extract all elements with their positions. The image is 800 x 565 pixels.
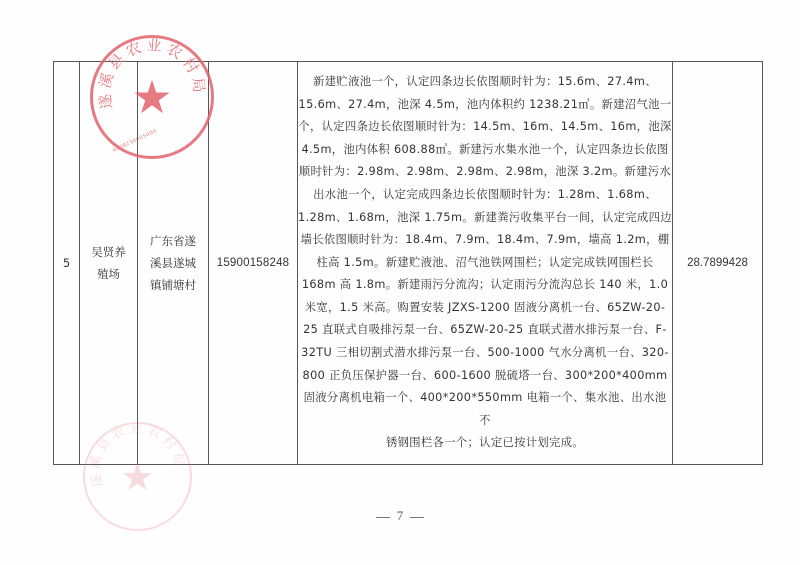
farm-name-line-2: 殖场 bbox=[97, 267, 120, 281]
construction-description: 新建贮液池一个，认定四条边长依图顺时针为：15.6m、27.4m、15.6m、2… bbox=[298, 71, 672, 455]
amount-cell: 28.7899428 bbox=[673, 62, 763, 465]
official-seal-stamp: 遂溪县农业农村局 ★ 4408230005000 bbox=[90, 35, 214, 159]
page-number-value: 7 bbox=[397, 508, 404, 523]
dash-left bbox=[376, 517, 390, 518]
row-index-cell: 5 bbox=[54, 62, 80, 465]
phone-cell: 15900158248 bbox=[209, 62, 298, 465]
star-icon: ★ bbox=[120, 458, 154, 496]
document-page: 5 吴贤养 殖场 广东省遂 溪县遂城 镇铺塘村 15900158248 新建贮液… bbox=[0, 0, 800, 565]
subsidy-amount: 28.7899428 bbox=[687, 257, 748, 269]
row-index: 5 bbox=[63, 256, 70, 270]
address-line-3: 镇铺塘村 bbox=[150, 278, 196, 292]
description-body: 新建贮液池一个，认定四条边长依图顺时针为：15.6m、27.4m、15.6m、2… bbox=[298, 75, 672, 427]
star-icon: ★ bbox=[131, 74, 172, 120]
dash-right bbox=[410, 517, 424, 518]
page-number: 7 bbox=[0, 508, 800, 524]
farm-name-line-1: 吴贤养 bbox=[91, 245, 126, 259]
phone-number: 15900158248 bbox=[217, 257, 290, 269]
address-line-1: 广东省遂 bbox=[150, 234, 196, 248]
description-last-line: 锈钢围栏各一个；认定已按计划完成。 bbox=[298, 432, 672, 455]
construction-description-cell: 新建贮液池一个，认定四条边长依图顺时针为：15.6m、27.4m、15.6m、2… bbox=[298, 62, 673, 465]
address-line-2: 溪县遂城 bbox=[150, 256, 196, 270]
